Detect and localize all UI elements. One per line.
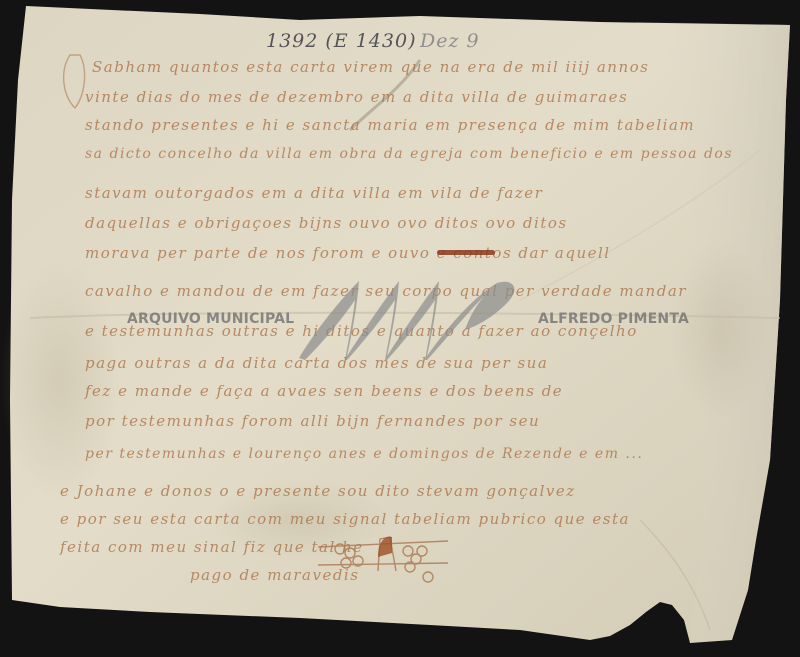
- script-line-7: morava per parte de nos forom e ouvo e c…: [85, 244, 611, 262]
- script-line-12: por testemunhas forom alli bijn fernande…: [85, 412, 540, 430]
- manuscript-photo: 1392 (E 1430) Dez 9 Sabham quantos esta …: [0, 0, 800, 657]
- script-line-2: vinte dias do mes de dezembro em a dita …: [85, 88, 628, 106]
- script-line-3: stando presentes e hi e sancta maria em …: [85, 116, 695, 134]
- script-line-11: fez e mande e faça a avaes sen beens e d…: [85, 382, 563, 400]
- struck-out-word: [437, 250, 495, 255]
- watermark-left-text: ARQUIVO MUNICIPAL: [127, 311, 294, 327]
- script-line-1: Sabham quantos esta carta virem que na e…: [92, 58, 672, 76]
- script-line-15: e por seu esta carta com meu signal tabe…: [60, 510, 630, 528]
- script-line-13: per testemunhas e lourenço anes e doming…: [85, 446, 643, 462]
- notarial-sign-icon: [318, 527, 448, 583]
- script-line-4: sa dicto concelho da villa em obra da eg…: [85, 146, 733, 162]
- pencil-box-number: Dez 9: [420, 30, 480, 52]
- script-line-6: daquellas e obrigaçoes bijns ouvo ovo di…: [85, 214, 568, 232]
- script-line-14: e Johane e donos o e presente sou dito s…: [60, 482, 576, 500]
- watermark-right-text: ALFREDO PIMENTA: [538, 311, 689, 327]
- amap-monogram-logo: [297, 278, 527, 363]
- script-line-5: stavam outorgados em a dita villa em vil…: [85, 184, 543, 202]
- pencil-reference-number: 1392 (E 1430): [266, 30, 416, 52]
